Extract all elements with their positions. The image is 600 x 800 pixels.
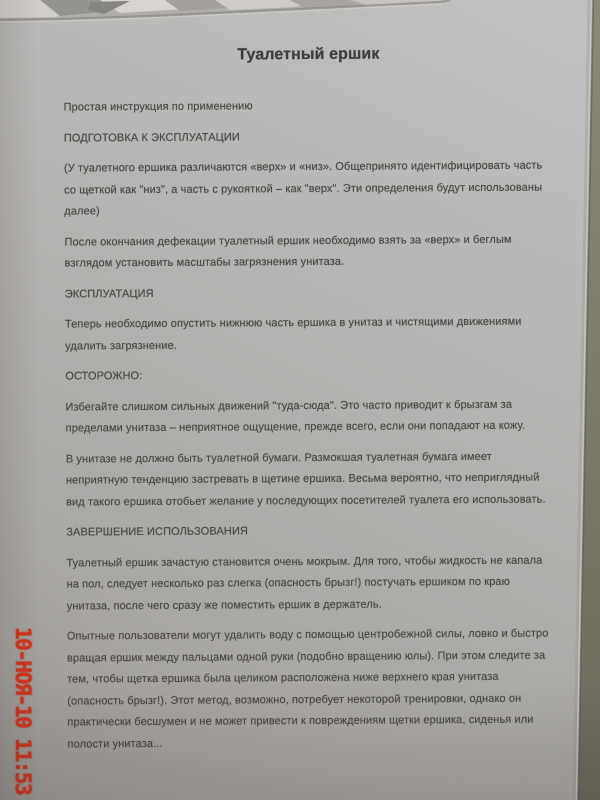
camera-timestamp: 10-НОЯ-10 11:53 <box>11 627 35 794</box>
section-heading: ПОДГОТОВКА К ЭКСПЛУАТАЦИИ <box>64 125 554 149</box>
paragraph: (У туалетного ершика различаются «верх» … <box>64 156 554 223</box>
section-heading: ОСТОРОЖНО: <box>65 363 555 387</box>
paragraph: Избегайте слишком сильных движений "туда… <box>65 394 555 440</box>
paragraph: В унитазе не должно быть туалетной бумаг… <box>66 446 556 513</box>
paragraph: Туалетный ершик зачастую становится очен… <box>66 550 556 617</box>
paragraph: Опытные пользователи могут удалить воду … <box>67 623 558 755</box>
paragraph: После окончания дефекации туалетный ерши… <box>64 229 554 275</box>
document-title: Туалетный ершик <box>63 0 553 67</box>
paragraph: Теперь необходимо опустить нижнюю часть … <box>65 311 555 357</box>
intro-line: Простая инструкция по применению <box>64 95 554 119</box>
printed-page: Туалетный ершик Простая инструкция по пр… <box>63 0 558 755</box>
paper-right-edge <box>566 0 600 800</box>
section-heading: ЭКСПЛУАТАЦИЯ <box>65 281 555 305</box>
section-heading: ЗАВЕРШЕНИЕ ИСПОЛЬЗОВАНИЯ <box>66 519 556 543</box>
photo-of-document: Туалетный ершик Простая инструкция по пр… <box>0 0 600 800</box>
